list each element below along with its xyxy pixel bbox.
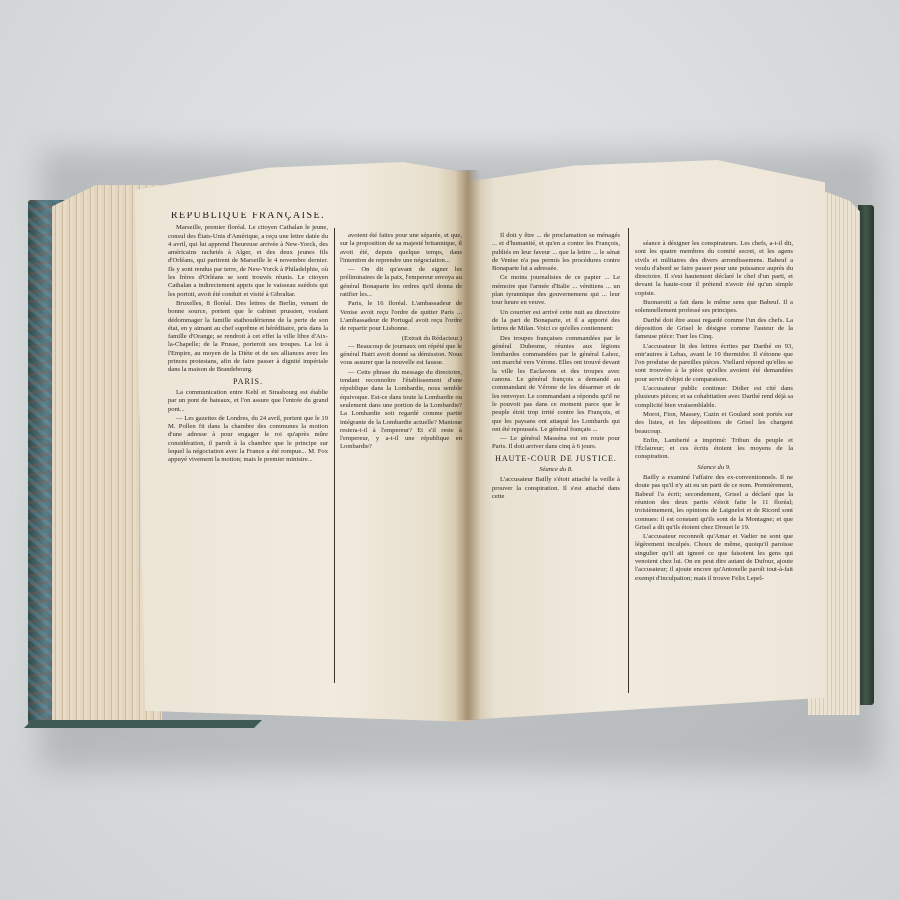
article-paragraph: Enfin, Lamberté a imprimé: Tribun du peu…: [635, 437, 793, 462]
cover-right: [858, 205, 874, 705]
article-paragraph: Un courrier est arrivé cette nuit au dir…: [492, 309, 620, 334]
right-page-column-1: Il doit y être ... de proclamation se mé…: [492, 232, 620, 694]
article-paragraph: Il doit y être ... de proclamation se mé…: [492, 232, 620, 273]
section-heading-haute-cour: HAUTE-COUR DE JUSTICE.: [492, 455, 620, 463]
article-paragraph: séance à désigner les conspirateurs. Les…: [635, 240, 793, 298]
left-page-column-1: RÉPUBLIQUE FRANÇAISE. Marseille, premier…: [168, 212, 328, 667]
article-paragraph: L'accusateur public continue: Didier est…: [635, 385, 793, 410]
cover-bottom-edge: [24, 720, 262, 728]
article-paragraph: L'accusateur Bailly s'étoit attaché la v…: [492, 476, 620, 501]
column-rule: [628, 228, 629, 693]
citation: (Extrait du Rédacteur.): [340, 335, 462, 343]
article-paragraph: — Le général Masséna est en route pour P…: [492, 435, 620, 452]
right-page-column-2: séance à désigner les conspirateurs. Les…: [635, 240, 793, 698]
article-paragraph: — Les gazettes de Londres, du 24 avril, …: [168, 415, 328, 465]
article-paragraph: Paris, le 16 floréal. L'ambassadeur de V…: [340, 300, 462, 333]
article-paragraph: Bailly a examiné l'affaire des ex-conven…: [635, 474, 793, 532]
article-paragraph: avoient été faites pour une séparée, et …: [340, 232, 462, 265]
article-paragraph: La communication entre Kehl et Strasbour…: [168, 389, 328, 414]
article-paragraph: — On dit qu'avant de signer les prélimin…: [340, 266, 462, 299]
newspaper-header: RÉPUBLIQUE FRANÇAISE.: [168, 212, 328, 220]
article-paragraph: — Beaucoup de journaux ont répété que le…: [340, 343, 462, 368]
session-heading: Séance du 9.: [635, 464, 793, 472]
article-paragraph: Bruxelles, 8 floréal. Des lettres de Ber…: [168, 300, 328, 375]
article-paragraph: Moroi, Fion, Massey, Cazin et Goulard so…: [635, 411, 793, 436]
article-paragraph: L'accusateur lit des lettres écrites par…: [635, 343, 793, 384]
article-paragraph: Des troupes françaises commandées par le…: [492, 335, 620, 435]
article-paragraph: — Cette phrase du message du directoire,…: [340, 369, 462, 452]
section-heading-paris: PARIS.: [168, 378, 328, 386]
article-paragraph: L'accusateur reconnoît qu'Amar et Vadier…: [635, 533, 793, 583]
session-heading: Séance du 8.: [492, 466, 620, 474]
column-rule: [334, 228, 335, 683]
article-paragraph: Ce moins journalistes de ce papier ... L…: [492, 274, 620, 307]
article-paragraph: Buonarotti a fait dans le même sens que …: [635, 299, 793, 316]
article-paragraph: Darthé doit être aussi regardé comme l'u…: [635, 317, 793, 342]
left-page-column-2: avoient été faites pour une séparée, et …: [340, 232, 462, 707]
article-paragraph: Marseille, premier floréal. Le citoyen C…: [168, 224, 328, 299]
